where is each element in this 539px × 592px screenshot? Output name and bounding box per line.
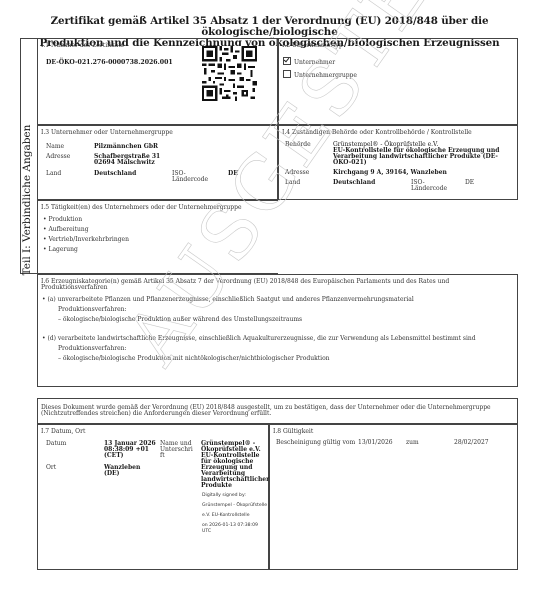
activity-item: Produktion [43,216,82,223]
section-operator: I.3 Unternehmer oder Unternehmergruppe N… [37,125,278,200]
valid-to: 28/02/2027 [454,439,489,446]
operator-name: Pilzmännchen GbR [94,143,158,150]
authority-label: Behörde [285,141,311,148]
address-label: Adresse [46,153,70,160]
iso-label-2: Ländercode [172,176,208,183]
option-label: Unternehmer [294,59,335,66]
checkbox-checked-icon[interactable] [283,57,291,65]
name-label: Name [46,143,64,150]
authority-country: Deutschland [333,179,375,186]
title-line-1: Zertifikat gemäß Artikel 35 Absatz 1 der… [0,16,539,38]
certificate-number: DE-ÖKO-021.276-0000738.2026.001 [46,59,173,66]
section-date-place: I.7 Datum, Ort Datum 13 Januar 2026 08:3… [37,424,269,570]
section-activities: I.5 Tätigkeit(en) des Unternehmers oder … [37,200,278,274]
activity-item: Vertrieb/Inverkehrbringen [43,236,129,243]
checkbox-unchecked-icon[interactable] [283,70,291,78]
authority-country-label: Land [285,179,300,186]
section-6-label-line-2: Produktionsverfahren [41,284,108,291]
section-2-label: I.2 Unternehmertyp [282,42,343,49]
section-operator-type: I.2 Unternehmertyp Unternehmer Unternehm… [278,38,518,125]
section-validity: I.8 Gültigkeit Bescheinigung gültig vom … [269,424,518,570]
valid-from: 13/01/2026 [358,439,393,446]
section-5-label: I.5 Tätigkeit(en) des Unternehmers oder … [41,204,242,211]
operator-type-option-group[interactable]: Unternehmergruppe [283,70,357,79]
category-d-title: (d) verarbeitete landwirtschaftliche Erz… [42,335,476,342]
operator-type-option-operator[interactable]: Unternehmer [283,57,335,66]
date-line-3: (CET) [104,452,124,459]
category-d-method: – ökologische/biologische Produktion mit… [58,355,330,362]
section-7-label: I.7 Datum, Ort [41,428,85,435]
authority-address-label: Adresse [285,169,309,176]
compliance-statement: Dieses Dokument wurde gemäß der Verordnu… [37,398,518,424]
section-authority: I.4 Zuständigen Behörde oder Kontrollbeh… [278,125,518,200]
to-label: zum [406,439,419,446]
operator-country: Deutschland [94,170,136,177]
operator-iso: DE [228,170,238,177]
section-8-label: I.8 Gültigkeit [273,428,313,435]
option-label: Unternehmergruppe [294,72,357,79]
country-label: Land [46,170,61,177]
signature-label-3: ft [160,452,165,459]
signer-line: Produkte [201,482,232,489]
category-a-method-label: Produktionsverfahren: [58,306,127,313]
authority-line-4: ÖKO-021) [333,159,367,166]
digital-signature-line: Grünstempel - Ökoprüfstelle [202,503,267,509]
category-a-method: – ökologische/biologische Produktion auß… [58,316,302,323]
part-label: Teil I: Verbindliche Angaben [21,125,33,276]
date-label: Datum [46,440,66,447]
valid-label: Bescheinigung gültig vom [276,439,355,446]
authority-iso-label-2: Ländercode [411,185,447,192]
category-a-title: (a) unverarbeitete Pflanzen und Pflanzen… [42,296,414,303]
place-line-2: (DE) [104,470,119,477]
section-1-label: I.1 Nummer des Zertifikats [41,42,124,49]
digital-signature-line: e.V. EU-Kontrollstelle [202,513,250,519]
digital-signature-line: on 2026-01-13 07:38:09 UTC [202,523,268,536]
authority-address: Kirchgang 9 A, 39164, Wanzleben [333,169,447,176]
activity-item: Aufbereitung [43,226,89,233]
qr-code-icon [202,46,257,101]
authority-iso: DE [465,179,474,186]
statement-line-2: (Nichtzutreffendes streichen) die Anford… [41,410,271,417]
section-3-label: I.3 Unternehmer oder Unternehmergruppe [41,129,173,136]
section-product-categories: I.6 Erzeugniskategorie(n) gemäß Artikel … [37,274,518,387]
operator-address-line-2: 02694 Malschwitz [94,159,155,166]
activity-item: Lagerung [43,246,78,253]
category-d-method-label: Produktionsverfahren: [58,345,127,352]
section-4-label: I.4 Zuständigen Behörde oder Kontrollbeh… [282,129,472,136]
place-label: Ort [46,464,56,471]
digital-signature-line: Digitally signed by: [202,493,246,499]
